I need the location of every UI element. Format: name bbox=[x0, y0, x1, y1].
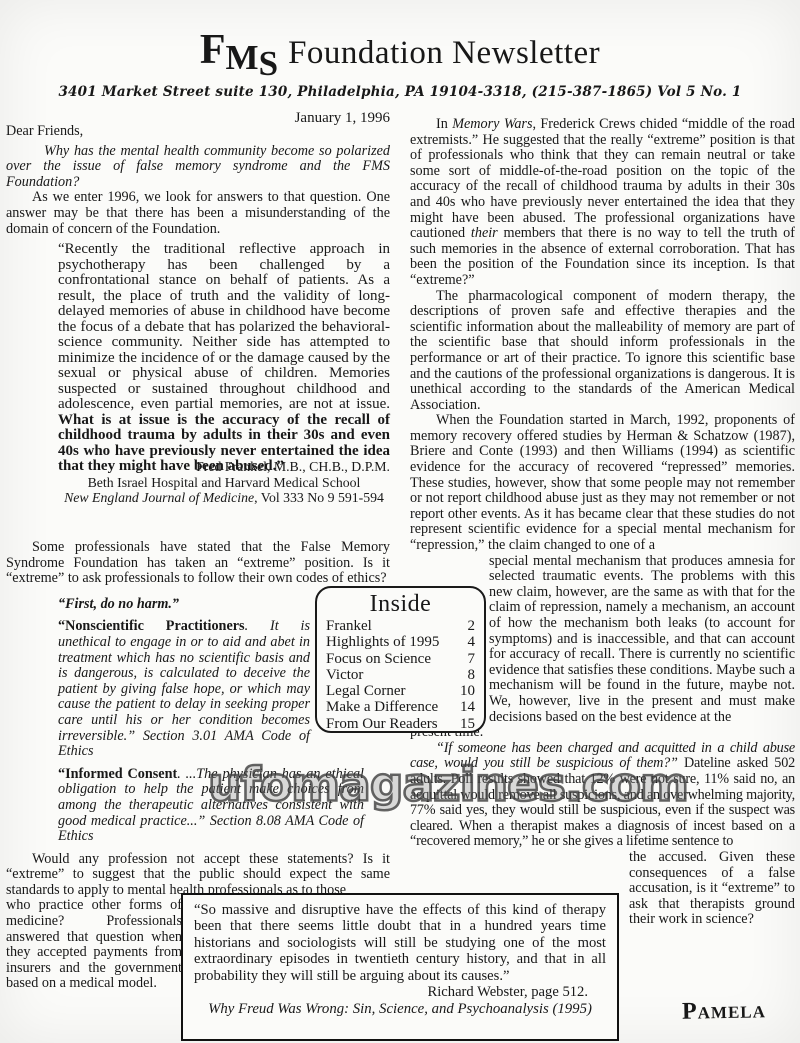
frankel-quote: “Recently the traditional reflective app… bbox=[58, 242, 390, 506]
toc-item-highlights: Highlights of 19954 bbox=[326, 634, 475, 650]
address-line: 3401 Market Street suite 130, Philadelph… bbox=[0, 84, 800, 100]
right-column: In Memory Wars, Frederick Crews chided “… bbox=[410, 117, 795, 928]
fms-logo: FMS bbox=[200, 50, 278, 67]
toc-item-legal-corner: Legal Corner10 bbox=[326, 683, 475, 699]
toc-item-make-a-difference: Make a Difference14 bbox=[326, 699, 475, 715]
inside-title: Inside bbox=[326, 590, 475, 618]
memory-wars-lead: In bbox=[436, 116, 452, 132]
inside-box: Inside Frankel2 Highlights of 19954 Focu… bbox=[315, 586, 486, 733]
webster-quote: “So massive and disruptive have the effe… bbox=[194, 902, 606, 984]
toc-label: Highlights of 1995 bbox=[326, 634, 439, 650]
para-dateline-poll: “If someone has been charged and acquitt… bbox=[410, 741, 795, 850]
toc-page: 8 bbox=[468, 667, 476, 683]
toc-page: 2 bbox=[468, 618, 476, 634]
memory-wars-their: their bbox=[471, 225, 498, 241]
nonscientific-lead: “Nonscientific Practitioners bbox=[58, 618, 245, 634]
para-would-any-profession: Would any profession not accept these st… bbox=[6, 852, 390, 899]
newsletter-page: FMSFoundation Newsletter 3401 Market Str… bbox=[0, 0, 800, 1043]
informed-consent-lead: “Informed Consent bbox=[58, 766, 177, 782]
toc-item-focus-on-science: Focus on Science7 bbox=[326, 651, 475, 667]
left-column-top: Dear Friends, Why has the mental health … bbox=[6, 124, 390, 506]
title-text: Foundation Newsletter bbox=[288, 35, 600, 71]
intro-question: Why has the mental health community beco… bbox=[6, 144, 390, 191]
webster-citation: Why Freud Was Wrong: Sin, Science, and P… bbox=[194, 1001, 606, 1018]
memory-wars-title: Memory Wars bbox=[452, 116, 532, 132]
para-forms-of-medicine: who practice other forms of medicine? Pr… bbox=[6, 898, 182, 992]
nonscientific-body: . It is unethical to engage in or to aid… bbox=[58, 618, 310, 759]
quote-informed-consent: “Informed Consent. ...The physician has … bbox=[58, 767, 364, 845]
toc-label: Focus on Science bbox=[326, 651, 431, 667]
masthead: FMSFoundation Newsletter 3401 Market Str… bbox=[0, 26, 800, 100]
toc-label: Frankel bbox=[326, 618, 372, 634]
toc-label: Make a Difference bbox=[326, 699, 438, 715]
toc-item-frankel: Frankel2 bbox=[326, 618, 475, 634]
para-accused-narrow: the accused. Given these consequences of… bbox=[629, 850, 795, 928]
para-pharmacological: The pharmacological component of modern … bbox=[410, 289, 795, 414]
para-foundation-history-narrow: special mental mechanism that produces a… bbox=[489, 554, 795, 726]
logo-letter-m: M bbox=[226, 38, 259, 78]
webster-attribution: Richard Webster, page 512. bbox=[194, 984, 606, 1001]
frankel-citation: New England Journal of Medicine, Vol 333… bbox=[58, 490, 390, 506]
intro-answer: As we enter 1996, we look for answers to… bbox=[6, 190, 390, 237]
para-extreme-position: Some professionals have stated that the … bbox=[6, 540, 390, 587]
toc-label: Victor bbox=[326, 667, 363, 683]
frankel-quote-text: “Recently the traditional reflective app… bbox=[58, 241, 390, 412]
frankel-affiliation: Beth Israel Hospital and Harvard Medical… bbox=[58, 475, 390, 491]
toc-label: From Our Readers bbox=[326, 716, 438, 732]
signature-pamela: Pamela bbox=[682, 997, 766, 1025]
toc-page: 14 bbox=[460, 699, 475, 715]
quote-nonscientific-practitioners: “Nonscientific Practitioners. It is unet… bbox=[58, 619, 310, 759]
para-foundation-history: When the Foundation started in March, 19… bbox=[410, 413, 795, 553]
toc-page: 7 bbox=[468, 651, 476, 667]
toc-page: 4 bbox=[468, 634, 476, 650]
toc-item-victor: Victor8 bbox=[326, 667, 475, 683]
logo-letter-f: F bbox=[200, 26, 226, 74]
newsletter-title: FMSFoundation Newsletter bbox=[0, 26, 800, 74]
salutation: Dear Friends, bbox=[6, 124, 390, 140]
memory-wars-mid: , Frederick Crews chided “middle of the … bbox=[410, 116, 795, 241]
toc-label: Legal Corner bbox=[326, 683, 406, 699]
para-memory-wars: In Memory Wars, Frederick Crews chided “… bbox=[410, 117, 795, 289]
toc-page: 15 bbox=[460, 716, 475, 732]
logo-letter-s: S bbox=[259, 44, 278, 84]
toc-item-from-our-readers: From Our Readers15 bbox=[326, 716, 475, 732]
webster-quote-box: “So massive and disruptive have the effe… bbox=[181, 893, 619, 1041]
journal-name: New England Journal of Medicine bbox=[64, 490, 254, 505]
toc-page: 10 bbox=[460, 683, 475, 699]
journal-volume: , Vol 333 No 9 591-594 bbox=[254, 490, 384, 505]
